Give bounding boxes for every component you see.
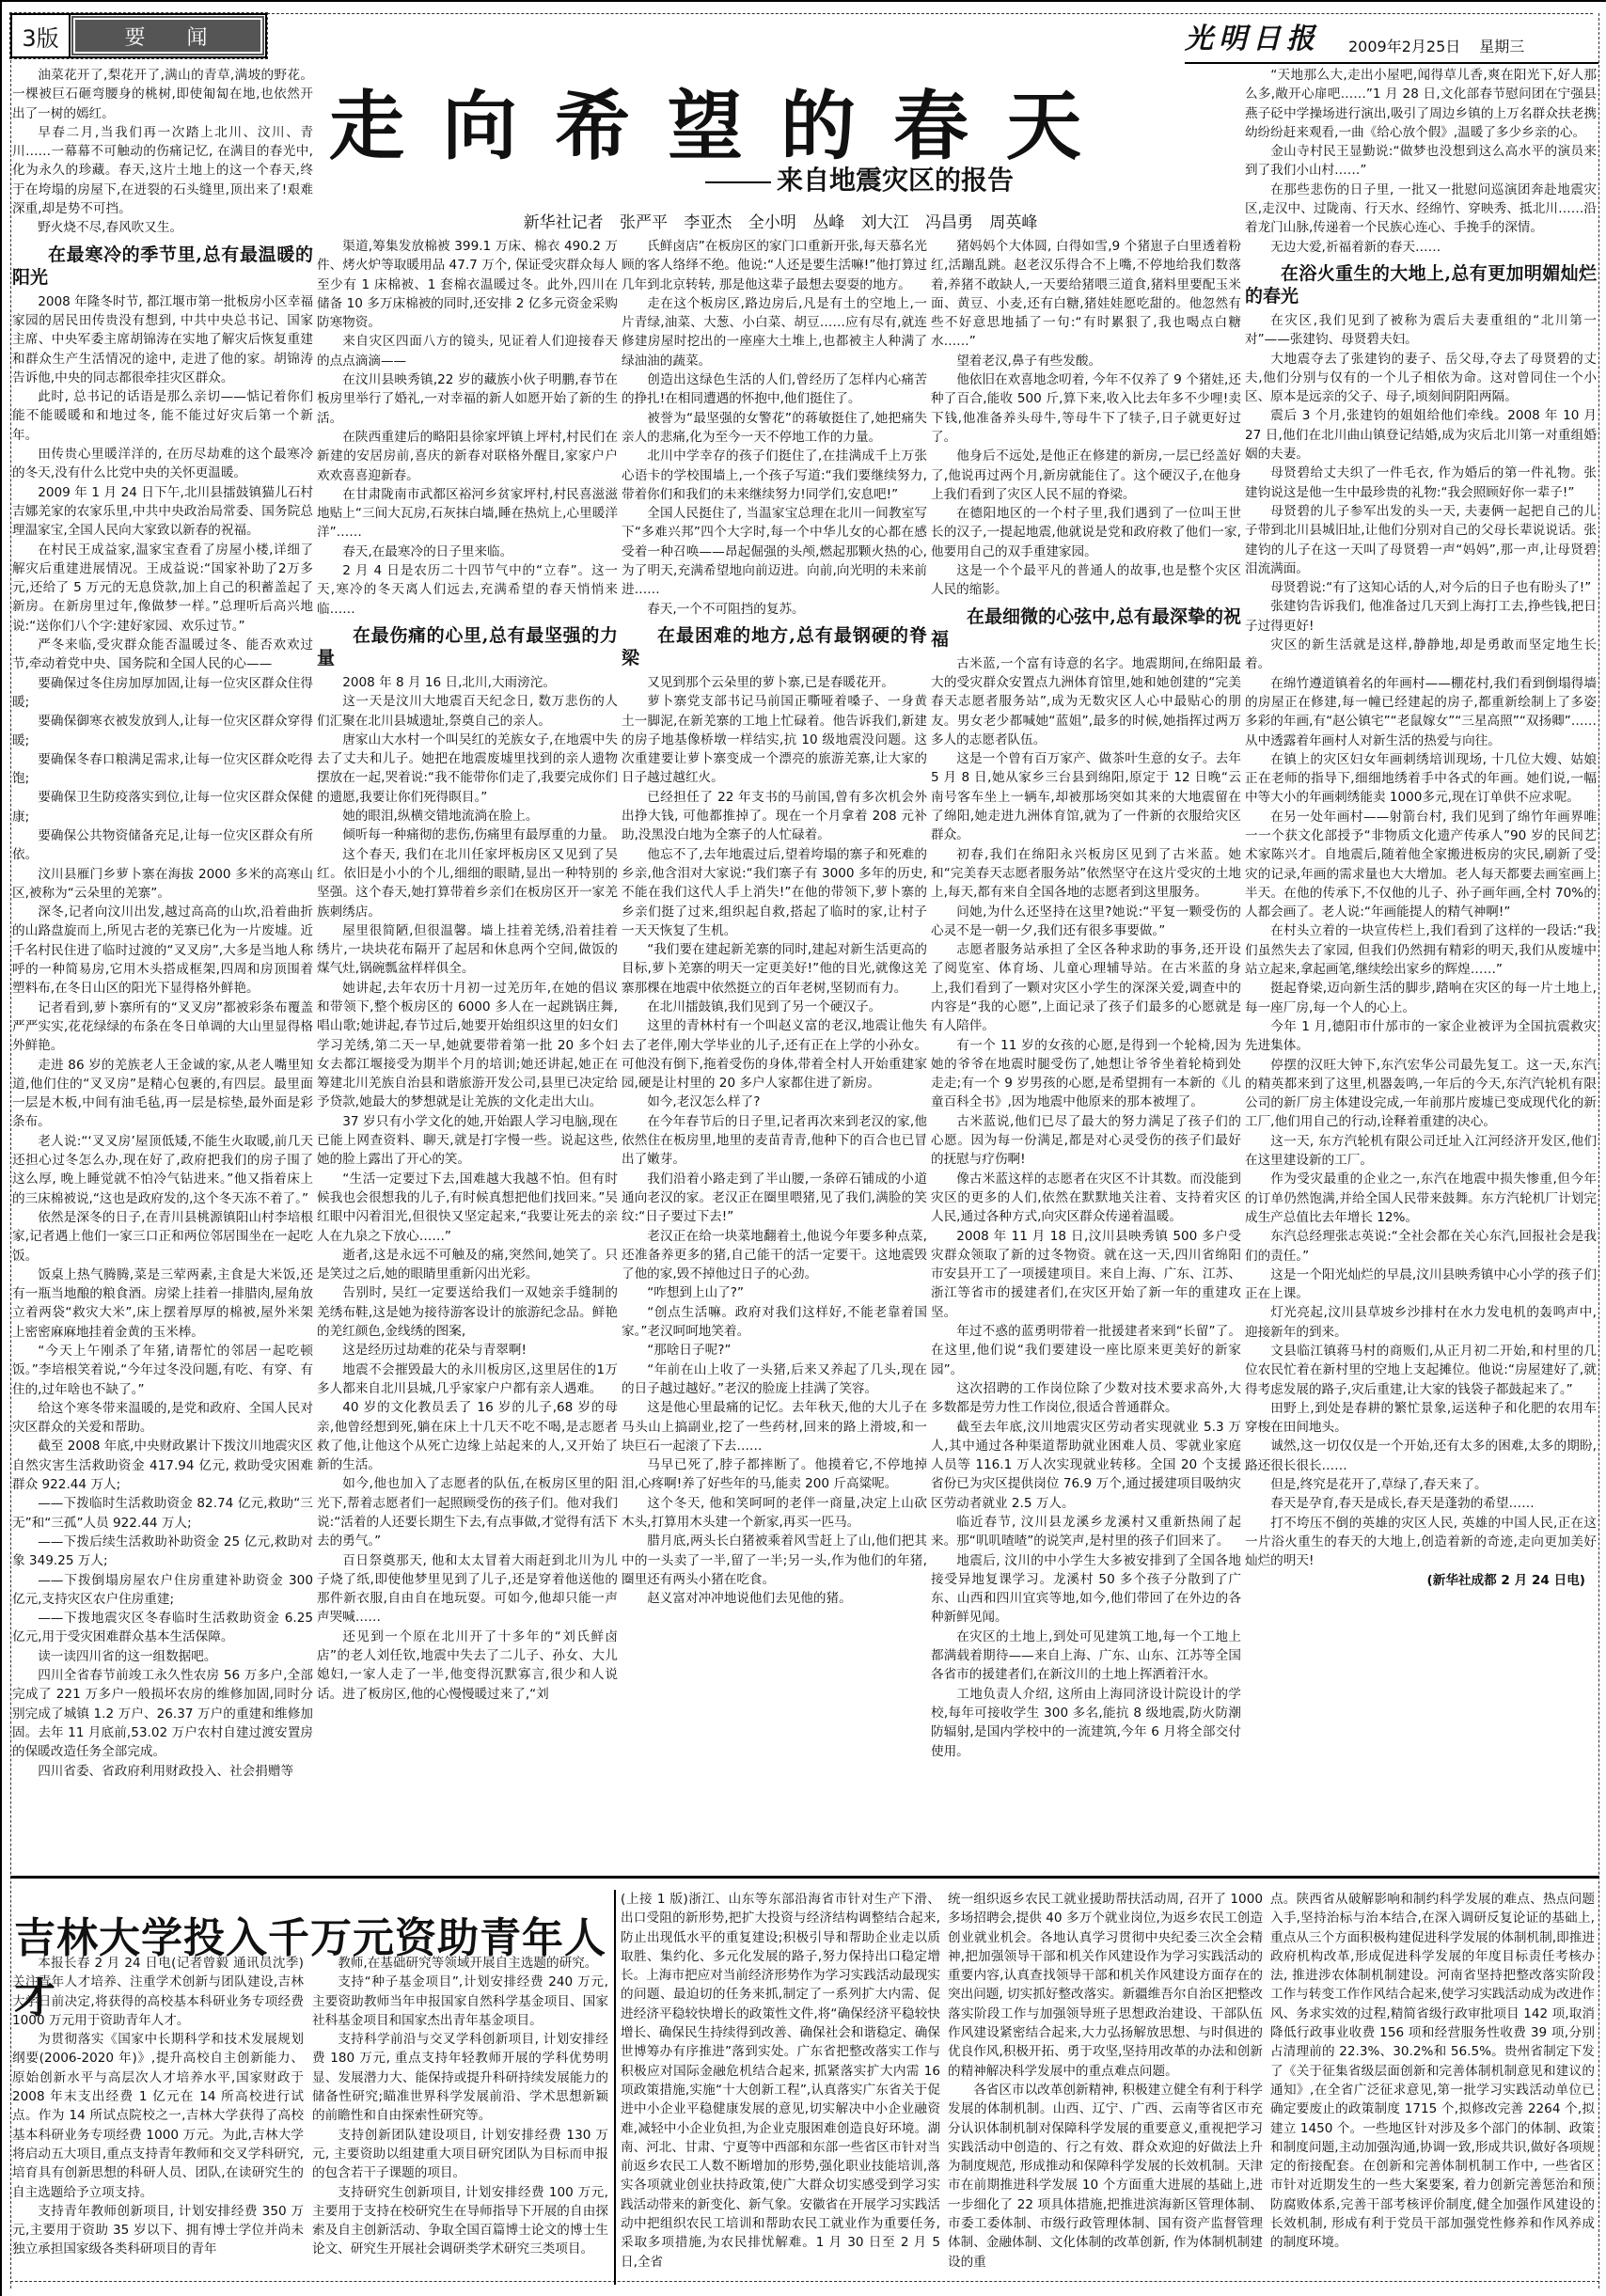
paragraph: 问她,为什么还坚持在这里?她说:“平复一颗受伤的心灵不是一朝一夕,我们还有很多事… [931, 903, 1241, 941]
paragraph: 母贤碧的儿子参军出发的头一天, 夫妻俩一起把自己的儿子带到北川县城旧址,让他们分… [1245, 502, 1597, 578]
paragraph: 记者看到,萝卜寨所有的“叉叉房”都被彩条布覆盖严严实实,花花绿绿的布条在冬日单调… [12, 999, 313, 1056]
main-article-column-5: “天地那么大,走出小屋吧,闻得草儿香,爽在阳光下,好人那么多,敞开心扉吧……”1… [1245, 66, 1597, 1871]
paragraph: 震后 3 个月,张建钧的姐姐给他们牵线。2008 年 10 月 27 日,他们在… [1245, 406, 1597, 464]
main-article-column-4: 猪妈妈个大体圆, 白得如雪,9 个猪崽子白里透着粉红,活蹦乱跳。赵老汉乐得合不上… [931, 237, 1241, 1852]
paragraph: 创造出这绿色生活的人们,曾经历了怎样内心痛苦的挣扎!在相同遭遇的怀抱中,他们挺住… [622, 370, 927, 409]
paragraph: 腊月底,两头长白猪被乘着风雪赶上了山,他们把其中的一头卖了一半,留了一半;另一头… [622, 1532, 927, 1589]
main-article-column-1: 油菜花开了,梨花开了,满山的青草,满坡的野花。一棵被巨石砸弯腰身的桃树,即使匍匐… [12, 66, 313, 1852]
paragraph: 这是经历过劫难的花朵与青翠啊! [317, 1341, 618, 1360]
paragraph: 大地震夺去了张建钧的妻子、岳父母,夺去了母贤碧的丈夫,他们分别与仅有的一个儿子相… [1245, 350, 1597, 407]
subheading: 在最细微的心弦中,总有最深挚的祝福 [931, 605, 1241, 651]
paragraph: 唐家山大水村一个叫吴红的羌族女子,在地震中失去了丈夫和儿子。她把在地震废墟里找到… [317, 731, 618, 807]
paragraph: 深冬,记者向汶川出发,越过高高的山坎,沿着曲折的山路盘旋而上,所见古老的羌寨已化… [12, 903, 313, 998]
paragraph: 野火烧不尽,春风吹又生。 [12, 218, 313, 237]
paragraph: ——下拨临时生活救助资金 82.74 亿元,救助“三无”和“三孤”人员 922.… [12, 1494, 313, 1533]
paragraph: 这一天是汶川大地震百天纪念日, 数万悲伤的人们汇聚在北川县城遗址,祭奠自己的亲人… [317, 692, 618, 731]
paragraph: 志愿者服务站承担了全区各种求助的事务,还开设了阅览室、体育场、儿童心理辅导站。在… [931, 940, 1241, 1035]
paragraph: 严冬来临,受灾群众能否温暖过冬、能否欢欢过节,牵动着党中央、国务院和全国人民的心… [12, 636, 313, 674]
main-byline: 新华社记者 张严平 李亚杰 全小明 丛峰 刘大江 冯昌勇 周英峰 [376, 209, 1185, 232]
paragraph: 已经担任了 22 年支书的马前国,曾有多次机会外出挣大钱, 可他都推掉了。现在一… [622, 788, 927, 845]
paragraph: 这次招聘的工作岗位除了少数对技术要求高外,大多数都是劳力性工作岗位,很适合普通群… [931, 1379, 1241, 1418]
paragraph: 支持创新团队建设项目, 计划安排经费 130 万元, 主要资助以组建重大项目研究… [312, 2126, 608, 2183]
column-divider-rule [614, 1890, 616, 2285]
paragraph: 又见到那个云朵里的萝卜寨,已是春暖花开。 [622, 673, 927, 692]
jilin-article-column-1: 本报长春 2 月 24 日电(记者曾毅 通讯员沈季)关注青年人才培养、注重学术创… [12, 1954, 304, 2283]
continued-article-column-3: 点。陕西省从破解影响和制约科学发展的难点、热点问题入手,坚持治标与治本结合,在深… [1270, 1890, 1595, 2280]
paragraph: 支持“种子基金项目”,计划安排经费 240 万元, 主要资助教师当年申报国家自然… [312, 1973, 608, 2030]
paragraph: 田传贵心里暖洋洋的, 在历尽劫难的这个最寒冷的冬天,没有什么比党中央的关怀更温暖… [12, 445, 313, 483]
paragraph: 无边大爱,祈福着新的春天…… [1245, 238, 1597, 257]
paragraph: 春天,一个不可阻挡的复苏。 [622, 600, 927, 619]
paragraph: 田野上,到处是春耕的繁忙景象,运送种子和化肥的农用车穿梭在田间地头。 [1245, 1399, 1597, 1438]
paragraph: 张建钧告诉我们, 他准备过几天到上海打工去,挣些钱,把日子过得更好! [1245, 597, 1597, 636]
paragraph: 这是他心里最痛的记忆。去年秋天,他的大儿子在马头山上搞副业,挖了一些药材,回来的… [622, 1398, 927, 1455]
paragraph: 饭桌上热气腾腾,菜是三荤两素,主食是大米饭,还有一瓶当地酿的粮食酒。房梁上挂着一… [12, 1266, 313, 1342]
paragraph: 在灾区的土地上,到处可见建筑工地,每一个工地上都满载着期待——来自上海、广东、山… [931, 1628, 1241, 1685]
paragraph: 在北川擂鼓镇,我们见到了另一个硬汉子。 [622, 998, 927, 1016]
paragraph: 早春二月,当我们再一次踏上北川、汶川、青川……一幕幕不可触动的伤痛记忆, 在满目… [12, 123, 313, 218]
subheading: 在最困难的地方,总有最钢硬的脊梁 [622, 624, 927, 669]
paragraph: 猪妈妈个大体圆, 白得如雪,9 个猪崽子白里透着粉红,活蹦乱跳。赵老汉乐得合不上… [931, 237, 1241, 352]
paragraph: 在镇上的灾区妇女年画刺绣培训现场, 十几位大嫂、姑娘正在老师的指导下,细细地绣着… [1245, 750, 1597, 808]
continued-article-column-1: (上接 1 版)浙江、山东等东部沿海省市针对生产下滑、出口受阻的新形势,把扩大投… [621, 1890, 940, 2280]
paragraph: 来自灾区四面八方的镜头, 见证着人们迎接春天的点点滴滴—— [317, 332, 618, 370]
paragraph: 本报长春 2 月 24 日电(记者曾毅 通讯员沈季)关注青年人才培养、注重学术创… [12, 1954, 304, 2030]
paragraph: 这是一个阳光灿烂的早晨,汶川县映秀镇中心小学的孩子们正在上课。 [1245, 1266, 1597, 1304]
paragraph: 挺起脊梁,迈向新生活的脚步,踏响在灾区的每一片土地上,每一座厂房,每一个人的心上… [1245, 979, 1597, 1017]
paragraph: 马早已死了,脖子都摔断了。他摸着它,不停地掉泪,心疼啊!养了好些年的马,能卖 2… [622, 1455, 927, 1494]
paragraph: 金山寺村民王显勤说:“做梦也没想到这么高水平的演员来到了我们小山村……” [1245, 142, 1597, 181]
paragraph: 截至 2008 年底,中央财政累计下拨汶川地震灾区自然灾害生活救助资金 417.… [12, 1437, 313, 1494]
paragraph: 要确保公共物资储备充足,让每一位灾区群众有所依。 [12, 826, 313, 865]
paragraph: 在今年春节后的日子里,记者再次来到老汉的家,他依然住在板房里,地里的麦苗青青,他… [622, 1112, 927, 1170]
paragraph: “咋想到上山了?” [622, 1283, 927, 1302]
paragraph: 走在这个板房区,路边房后,凡是有土的空地上,一片青绿,油菜、大葱、小白菜、胡豆…… [622, 294, 927, 370]
paragraph: 北川中学幸存的孩子们挺住了,在挂满成千上万张心语卡的学校围墙上,一个孩子写道:“… [622, 447, 927, 504]
paragraph: 百日祭奠那天, 他和太太冒着大雨赶到北川为儿子烧了纸,即使他梦里见到了儿子,还是… [317, 1551, 618, 1628]
paragraph: 支持研究生创新项目, 计划安排经费 100 万元, 主要用于支持在校研究生在导师… [312, 2183, 608, 2259]
jilin-article-column-2: 教师,在基础研究等领域开展自主选题的研究。支持“种子基金项目”,计划安排经费 2… [312, 1954, 608, 2283]
paragraph: 在另一处年画村——射箭台村, 我们见到了绵竹年画界唯一一个获文化部授予“非物质文… [1245, 808, 1597, 922]
paragraph: 春天,在最寒冷的日子里来临。 [317, 543, 618, 561]
paragraph: “创点生活嘛。政府对我们这样好,不能老靠着国家。”老汉呵呵地笑着。 [622, 1303, 927, 1342]
paragraph: 屋里很简陋,但很温馨。墙上挂着羌绣,沿着挂着绣片,一块块花布隔开了起居和休息两个… [317, 921, 618, 979]
paragraph: 老人说:“‘叉叉房’屋顶低矮,不能生火取暖,前几天还担心过冬怎么办,现在好了,政… [12, 1132, 313, 1208]
paragraph: 在村头立着的一块宣传栏上,我们看到了这样的一段话:“我们虽然失去了家园, 但我们… [1245, 921, 1597, 979]
paragraph: 为贯彻落实《国家中长期科学和技术发展规划纲要(2006-2020 年)》,提升高… [12, 2030, 304, 2202]
paragraph: 2008 年隆冬时节, 都江堰市第一批板房小区幸福家园的居民田传贵没有想到, 中… [12, 292, 313, 387]
issue-date: 2009年2月25日 [1348, 35, 1460, 56]
paragraph: 这里的青林村有一个叫赵义富的老汉,地震让他失去了老伴,刚大学毕业的儿子,还有正在… [622, 1016, 927, 1093]
paragraph: 各省区市以改革创新精神, 积极建立健全有利于科学发展的体制机制。山西、辽宁、广西… [948, 2081, 1263, 2272]
paragraph: 逝者,这是永远不可触及的痛,突然间,她笑了。只是笑过之后,她的眼睛里重新闪出光彩… [317, 1246, 618, 1284]
paragraph: 四川全省春节前竣工永久性农房 56 万多户,全部完成了 221 万多户一般损坏农… [12, 1666, 313, 1761]
paragraph: “我们要在建起新羌寨的同时,建起对新生活更高的目标,萝卜羌寨的明天一定更美好!”… [622, 940, 927, 998]
paragraph: 在陕西重建后的略阳县徐家坪镇上坪村,村民们在新建的安居房前,喜庆的新春对联格外醒… [317, 428, 618, 485]
paragraph: 诚然,这一切仅仅是一个开始,还有太多的困难,太多的期盼,路还很长很长…… [1245, 1437, 1597, 1475]
paragraph: 他身后不远处,是他正在修建的新房,一层已经盖好了,他说再过两个月,新房就能住了。… [931, 447, 1241, 504]
paragraph: 2008 年 11 月 18 日,汶川县映秀镇 500 多户受灾群众领取了新的过… [931, 1227, 1241, 1322]
subheading: 在浴火重生的大地上,总有更加明媚灿烂的春光 [1245, 262, 1597, 307]
paragraph: 统一组织返乡农民工就业援助帮扶活动周, 召开了 1000 多场招聘会,提供 40… [948, 1890, 1263, 2081]
paragraph: 支持科学前沿与交叉学科创新项目, 计划安排经费 180 万元, 重点支持年轻教师… [312, 2030, 608, 2125]
paragraph: “今天上午刚杀了年猪,请帮忙的邻居一起吃顿饭。”李培根笑着说,“今年过冬没问题,… [12, 1342, 313, 1399]
section-name: 要闻 [73, 18, 262, 54]
paragraph: 告别时, 吴红一定要送给我们一双她亲手缝制的羌绣布鞋,这是她为接待游客设计的旅游… [317, 1283, 618, 1341]
continued-article-column-2: 统一组织返乡农民工就业援助帮扶活动周, 召开了 1000 多场招聘会,提供 40… [948, 1890, 1263, 2280]
paragraph: 在村民王成益家,温家宝查看了房屋小楼,详细了解灾后重建进展情况。王成益说:“国家… [12, 541, 313, 636]
paragraph: 打不垮压不倒的英雄的灾区人民, 英雄的中国人民,正在这一片浴火重生的春天的大地上… [1245, 1514, 1597, 1571]
paragraph: 古米蓝,一个富有诗意的名字。地震期间,在绵阳最大的受灾群众安置点九洲体育馆里,她… [931, 654, 1241, 749]
paragraph: 临近春节, 汶川县龙溪乡龙溪村又重新热闹了起来。那“叽叽喳喳”的说笑声,是村里的… [931, 1513, 1241, 1551]
paragraph: “年前在山上收了一头猪,后来又养起了几头,现在的日子越过越好。”老汉的脸庞上挂满… [622, 1360, 927, 1399]
paragraph: “天地那么大,走出小屋吧,闻得草儿香,爽在阳光下,好人那么多,敞开心扉吧……”1… [1245, 66, 1597, 142]
paragraph: 他忘不了,去年地震过后,望着垮塌的寨子和死难的乡亲,他含泪对大家说:“我们寨子有… [622, 845, 927, 940]
paragraph: 春天是孕育,春天是成长,春天是蓬勃的希望…… [1245, 1494, 1597, 1513]
section-divider-rule [10, 1876, 1599, 1879]
paragraph: 在汶川县映秀镇,22 岁的藏族小伙子明鹏,春节在板房里举行了婚礼,一对幸福的新人… [317, 370, 618, 428]
paragraph: 教师,在基础研究等领域开展自主选题的研究。 [312, 1954, 608, 1973]
paragraph: 工地负责人介绍, 这所由上海同济设计院设计的学校,每年可接收学生 300 多名,… [931, 1685, 1241, 1761]
paragraph: 在那些悲伤的日子里, 一批又一批慰问巡演团奔赴地震灾区,走汉中、过陇南、行天水、… [1245, 181, 1597, 238]
paragraph: 她讲起,去年农历十月初一过羌历年,在她的倡议和带领下,整个板房区的 6000 多… [317, 979, 618, 1112]
paragraph: 如今,他也加入了志愿者的队伍,在板房区里的阳光下,帮着志愿者们一起照顾受伤的孩子… [317, 1474, 618, 1550]
paragraph: 2009 年 1 月 24 日下午,北川县擂鼓镇猫儿石村吉娜羌家的农家乐里,中共… [12, 483, 313, 541]
paragraph: 我们沿着小路走到了半山腰,一条碎石铺成的小道通向老汉的家。老汉正在圈里喂猪,见了… [622, 1170, 927, 1227]
paragraph: (上接 1 版)浙江、山东等东部沿海省市针对生产下滑、出口受阻的新形势,把扩大投… [621, 1890, 940, 2272]
paragraph: 在甘肃陇南市武都区裕河乡贫家坪村,村民喜滋滋地贴上“三间大瓦房,石灰抹白墙,睡在… [317, 485, 618, 543]
paragraph: 要确保过冬住房加厚加固,让每一位灾区群众住得暖; [12, 674, 313, 713]
paragraph: 要确保御寒衣被发放到人,让每一位灾区群众穿得暖; [12, 712, 313, 750]
paragraph: 文县临江镇蒋马村的商贩们,从正月初二开始,和村里的几位农民忙着在新村里的空地上支… [1245, 1342, 1597, 1399]
subheading: 在最寒冷的季节里,总有最温暖的阳光 [12, 244, 313, 289]
paragraph: 给这个寒冬带来温暖的,是党和政府、全国人民对灾区群众的关爱和帮助。 [12, 1399, 313, 1438]
paragraph: 赵义富对冲冲地说他们去见他的猪。 [622, 1589, 927, 1608]
paragraph: 望着老汉,鼻子有些发酸。 [931, 352, 1241, 370]
paragraph: 油菜花开了,梨花开了,满山的青草,满坡的野花。一棵被巨石砸弯腰身的桃树,即使匍匐… [12, 66, 313, 123]
paragraph: 37 岁只有小学文化的她,开始跟人学习电脑,现在已能上网查资料、聊天,就是打字慢… [317, 1112, 618, 1170]
paragraph: 40 岁的文化教员丢了 16 岁的儿子,68 岁的母亲,他曾经想到死,躺在床上十… [317, 1398, 618, 1474]
paragraph: 走进 86 岁的羌族老人王金诚的家,从老人嘴里知道,他们住的“叉叉房”是精心包裹… [12, 1056, 313, 1132]
paragraph: 东汽总经理张志英说:“全社会都在关心东汽,回报社会是我们的责任。” [1245, 1227, 1597, 1266]
paragraph: 氏鲜卤店”在板房区的家门口重新开张,每天慕名光顾的客人络绎不绝。他说:“人还是要… [622, 237, 927, 294]
paragraph: 古米蓝说,他们已尽了最大的努力满足了孩子们的心愿。因为每一份满足,都是对心灵受伤… [931, 1112, 1241, 1170]
paragraph: 灾区的新生活就是这样,静静地,却是勇敢而坚定地生长着。 [1245, 636, 1597, 674]
paragraph: 有一个 11 岁的女孩的心愿,是得到一个轮椅,因为她的爷爷在地震时腿受伤了,她想… [931, 1036, 1241, 1112]
paragraph: 倾听每一种痛彻的悲伤,伤痛里有最厚重的力量。 [317, 826, 618, 844]
paragraph: 这个冬天, 他和笑呵呵的老伴一商量,决定上山砍木头,打算用木头建一个新家,再买一… [622, 1494, 927, 1533]
paragraph: 截至去年底,汶川地震灾区劳动者实现就业 5.3 万人,其中通过各种渠道帮助就业困… [931, 1418, 1241, 1513]
dashed-border-left [10, 13, 11, 2288]
paragraph: 渠道,筹集发放棉被 399.1 万床、棉衣 490.2 万件、烤火炉等取暖用品 … [317, 237, 618, 332]
paragraph: 四川省委、省政府利用财政投入、社会捐赠等 [12, 1762, 313, 1781]
paragraph: 作为受灾最重的企业之一,东汽在地震中损失惨重,但今年的订单仍然饱满,并给全国人民… [1245, 1170, 1597, 1227]
paragraph: 被誉为“最坚强的女警花”的蒋敏挺住了,她把痛失亲人的悲痛,化为至今一天不停地工作… [622, 409, 927, 448]
dashed-border-top [267, 13, 1593, 14]
paragraph: 如今,老汉怎么样了? [622, 1093, 927, 1111]
paragraph: 他依旧在欢喜地念叨着, 今年不仅养了 9 个猪娃,还种了百合,能收 500 斤,… [931, 370, 1241, 447]
paragraph: 在德阳地区的一个村子里,我们遇到了一位叫王世长的汉子,一提起地震,他就说是党和政… [931, 504, 1241, 561]
paragraph: “生活一定要过下去,国难越大我越不怕。但有时候我也会很想我的儿子,有时候真想把他… [317, 1170, 618, 1246]
paragraph: 母贤碧说:“有了这知心话的人,对今后的日子也有盼头了!” [1245, 578, 1597, 597]
dashed-border-right [1598, 13, 1599, 2288]
paragraph: 地震后, 汶川的中小学生大多被安排到了全国各地接受异地复课学习。龙溪村 50 多… [931, 1551, 1241, 1628]
paragraph: 老汉正在给一块菜地翻着土,他说今年要多种点菜,还准备养更多的猪,自己能干的活一定… [622, 1227, 927, 1284]
paragraph: 汶川县雁门乡萝卜寨在海拔 2000 多米的高寒山区,被称为“云朵里的羌寨”。 [12, 865, 313, 904]
paragraph: 她的眼泪,纵横交错地流淌在脸上。 [317, 807, 618, 826]
paragraph: 在灾区,我们见到了被称为震后夫妻重组的“北川第一对”——张建钧、母贤碧夫妇。 [1245, 311, 1597, 350]
paragraph: 在绵竹遵道镇着名的年画村——棚花村,我们看到倒塌得墙的房屋正在修建,每一幢已经建… [1245, 674, 1597, 750]
paragraph: ——下拨地震灾区冬春临时生活救助资金 6.25 亿元,用于受灾困难群众基本生活保… [12, 1609, 313, 1647]
paragraph: 这是一个曾有百万家产、做茶叶生意的女子。去年 5 月 8 日,她从家乡三台县到绵… [931, 749, 1241, 844]
paragraph: 地震不会摧毁最大的永川板房区,这里居住的1万多人都来自北川县城,几乎家家户户都有… [317, 1360, 618, 1399]
paragraph: 读一读四川省的这一组数据吧。 [12, 1647, 313, 1666]
paragraph: 今年 1 月,德阳市什邡市的一家企业被评为全国抗震救灾先进集体。 [1245, 1017, 1597, 1056]
main-headline: 走向希望的春天 [273, 66, 1175, 174]
paragraph: 要确保卫生防疫落实到位,让每一位灾区群众保健康; [12, 788, 313, 826]
paragraph: ——下拨倒塌房屋农户住房重建补助资金 300 亿元,支持灾区农户住房重建; [12, 1571, 313, 1610]
section-number: 3版 [12, 15, 71, 56]
dateline-signoff: (新华社成都 2 月 24 日电) [1245, 1571, 1597, 1590]
paragraph: 但是,终究是花开了,草绿了,春天来了。 [1245, 1475, 1597, 1494]
paragraph: 全国人民挺住了, 当温家宝总理在北川一间教室写下“多难兴邦”四个大字时,每一个中… [622, 504, 927, 599]
paragraph: 这是一个个最平凡的普通人的故事,也是整个灾区人民的缩影。 [931, 561, 1241, 600]
paragraph: 2008 年 8 月 16 日,北川,大雨滂沱。 [317, 673, 618, 692]
paragraph: 支持青年教师创新项目, 计划安排经费 350 万元,主要用于资助 35 岁以下、… [12, 2202, 304, 2259]
paragraph: “那啥日子呢?” [622, 1341, 927, 1360]
paragraph: 这一天, 东方汽轮机有限公司迁址入江河经济开发区,他们在这里建设新的工厂。 [1245, 1132, 1597, 1171]
section-tag: 3版 要闻 [10, 13, 267, 58]
paragraph: 点。陕西省从破解影响和制约科学发展的难点、热点问题入手,坚持治标与治本结合,在深… [1270, 1890, 1595, 2253]
paragraph: 此时, 总书记的话语是那么亲切——惦记着你们能不能暖暖和和地过冬, 能不能过好灾… [12, 387, 313, 445]
paragraph: 灯光亮起,汶川县草坡乡沙排村在水力发电机的轰鸣声中,迎接新年的到来。 [1245, 1303, 1597, 1342]
paragraph: 这个春天, 我们在北川任家坪板房区又见到了吴红。依旧是小小的个儿,细细的眼睛,显… [317, 845, 618, 921]
paragraph: 停摆的汉旺大钟下,东汽宏华公司最先复工。这一天,东汽的精英都来到了这里,机器轰鸣… [1245, 1056, 1597, 1132]
subheading: 在最伤痛的心里,总有最坚强的力量 [317, 624, 618, 669]
main-article-column-2: 渠道,筹集发放棉被 399.1 万床、棉衣 490.2 万件、烤火炉等取暖用品 … [317, 237, 618, 1852]
paragraph: 要确保冬春口粮满足需求,让每一位灾区群众吃得饱; [12, 750, 313, 789]
paragraph: 萝卜寨党支部书记马前国正嘶哑着嗓子、一身黄土一脚泥,在新羌寨的工地上忙碌着。他告… [622, 692, 927, 787]
masthead: 光明日报 2009年2月25日 星期三 [1185, 19, 1598, 64]
paragraph: 还见到一个原在北川开了十多年的“刘氏鲜卤店”的老人刘任钦,地震中失去了二儿子、孙… [317, 1628, 618, 1704]
paragraph: 依然是深冬的日子,在青川县桃源镇阳山村李培根家,记者遇上他们一家三口正和两位邻居… [12, 1208, 313, 1266]
paragraph: 年过不惑的蓝勇明带着一批援建者来到“长留”了。在这里,他们说“我们要建设一座比原… [931, 1322, 1241, 1379]
paragraph: ——下拨后续生活救助补助资金 25 亿元,救助对象 349.25 万人; [12, 1533, 313, 1571]
paragraph: 初春,我们在绵阳永兴板房区见到了古米蓝。她和“完美春天志愿者服务站”依然坚守在这… [931, 845, 1241, 903]
issue-weekday: 星期三 [1479, 35, 1524, 56]
main-article-column-3: 氏鲜卤店”在板房区的家门口重新开张,每天慕名光顾的客人络绎不绝。他说:“人还是要… [622, 237, 927, 1852]
paragraph: 像古米蓝这样的志愿者在灾区不计其数。而没能到灾区的更多的人们,依然在默默地关注着… [931, 1170, 1241, 1227]
newspaper-logo: 光明日报 [1185, 15, 1320, 56]
main-subheadline: 来自地震灾区的报告 [705, 160, 1175, 197]
paragraph: 母贤碧给丈夫织了一件毛衣, 作为婚后的第一件礼物。张建钧说这是他一生中最珍贵的礼… [1245, 464, 1597, 502]
paragraph: 2 月 4 日是农历二十四节气中的“立春”。这一天,寒冷的冬天离人们远去,充满希… [317, 561, 618, 619]
